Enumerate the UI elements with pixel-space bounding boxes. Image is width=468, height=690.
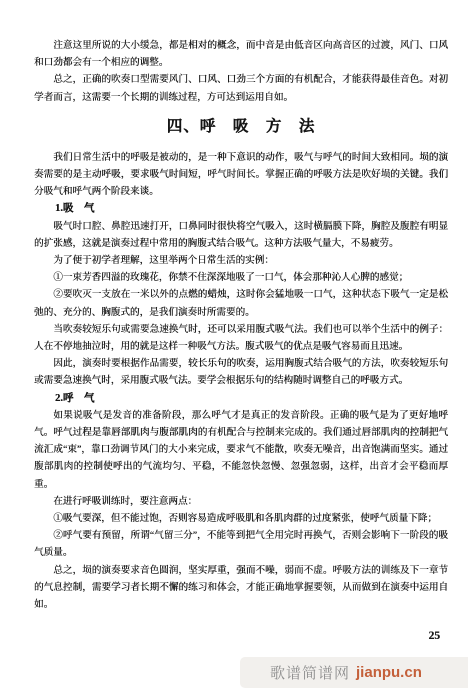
page-content: 注意这里所说的大小缓急，都是相对的概念，而中音是由低音区向高音区的过渡，风门、口… bbox=[34, 37, 448, 613]
book-page: 注意这里所说的大小缓急，都是相对的概念，而中音是由低音区向高音区的过渡，风门、口… bbox=[0, 0, 468, 690]
paragraph: 注意这里所说的大小缓急，都是相对的概念，而中音是由低音区向高音区的过渡，风门、口… bbox=[34, 37, 448, 71]
subsection-heading-exhale: 2.呼 气 bbox=[34, 390, 448, 407]
paragraph: 总之，正确的吹奏口型需要风门、口风、口劲三个方面的有机配合，才能获得最佳音色。对… bbox=[34, 71, 448, 105]
paragraph: 当吹奏较短乐句或需要急速换气时，还可以采用腹式吸气法。我们也可以举个生活中的例子… bbox=[34, 321, 448, 355]
paragraph: 在进行呼吸训练时，要注意两点： bbox=[34, 493, 448, 510]
list-item-example-2: ②要吹灭一支放在一米以外的点燃的蜡烛，这时你会猛地吸一口气，这种状态下吸气一定是… bbox=[34, 286, 448, 320]
list-item-note-1: ①吸气要深，但不能过饱，否则容易造成呼吸肌和各肌肉群的过度紧张，使呼气质量下降； bbox=[34, 510, 448, 527]
paragraph: 为了便于初学者理解，这里举两个日常生活的实例： bbox=[34, 252, 448, 269]
paragraph: 吸气时口腔、鼻腔迅速打开，口鼻同时很快将空气吸入，这时横膈膜下降，胸腔及腹腔有明… bbox=[34, 218, 448, 252]
watermark-site-name: 歌谱简谱网 bbox=[270, 662, 350, 683]
page-number: 25 bbox=[429, 630, 441, 642]
paragraph: 因此，演奏时要根据作品需要，较长乐句的吹奏，运用胸腹式结合吸气的方法，吹奏较短乐… bbox=[34, 355, 448, 389]
paragraph: 总之，埙的演奏要求音色圆润，坚实厚重，强而不噪，弱而不虚。呼吸方法的训练及下一章… bbox=[34, 562, 448, 614]
watermark-site-url: jianpu.cn bbox=[356, 664, 422, 681]
subsection-heading-inhale: 1.吸 气 bbox=[34, 200, 448, 217]
section-heading-breathing-method: 四、呼 吸 方 法 bbox=[34, 118, 448, 136]
list-item-note-2: ②呼气要有预留，所谓“气留三分”，不能等到把气全用完时再换气，否则会影响下一阶段… bbox=[34, 527, 448, 561]
paragraph: 如果说吸气是发音的准备阶段，那么呼气才是真正的发音阶段。正确的吸气是为了更好地呼… bbox=[34, 407, 448, 493]
list-item-example-1: ①一束芳香四溢的玫瑰花，你禁不住深深地吸了一口气，体会那种沁人心脾的感觉； bbox=[34, 269, 448, 286]
watermark-banner: 歌谱简谱网 jianpu.cn bbox=[240, 657, 468, 688]
paragraph: 我们日常生活中的呼吸是被动的，是一种下意识的动作，吸气与呼气的时间大致相同。埙的… bbox=[34, 149, 448, 201]
